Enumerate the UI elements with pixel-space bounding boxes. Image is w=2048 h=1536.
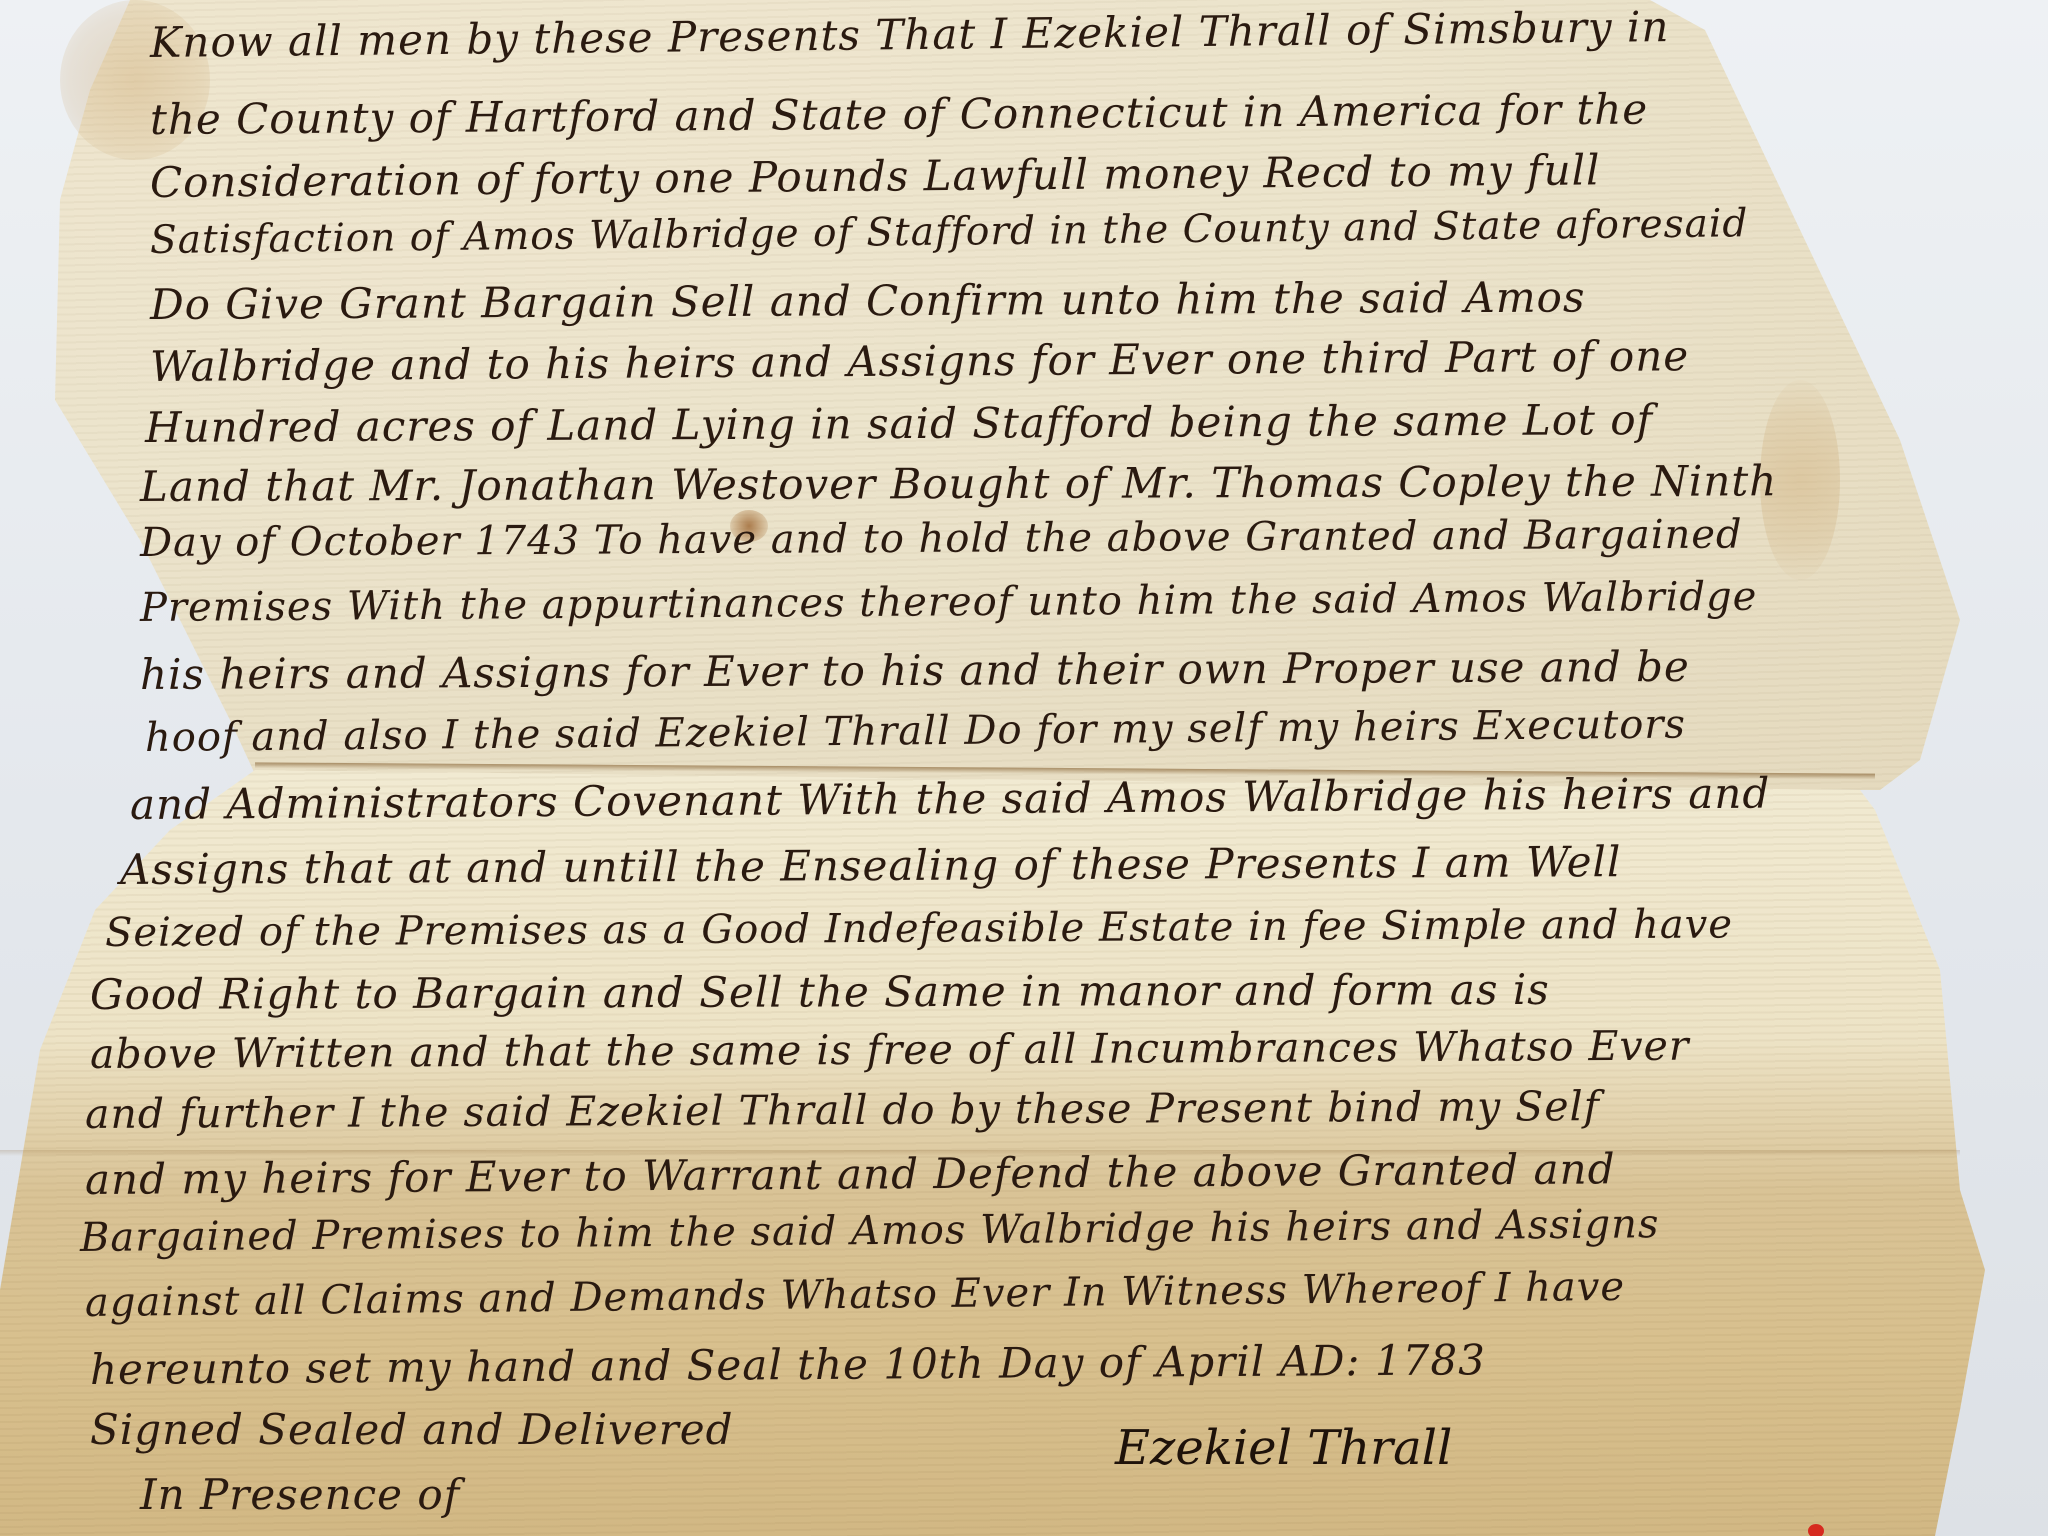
deed-line: Day of October 1743 To have and to hold …: [140, 512, 1743, 566]
deed-line: Good Right to Bargain and Sell the Same …: [90, 965, 1550, 1019]
deed-line: Signed Sealed and Delivered: [90, 1405, 734, 1454]
deed-line: the County of Hartford and State of Conn…: [150, 85, 1648, 144]
deed-line: Hundred acres of Land Lying in said Staf…: [145, 395, 1653, 452]
wax-seal-fragment: [1808, 1524, 1824, 1536]
deed-line: and further I the said Ezekiel Thrall do…: [85, 1082, 1600, 1138]
deed-line: his heirs and Assigns for Ever to his an…: [140, 642, 1690, 699]
witness-line: In Presence of: [140, 1470, 460, 1519]
deed-line: Seized of the Premises as a Good Indefea…: [105, 901, 1733, 956]
deed-line: Do Give Grant Bargain Sell and Confirm u…: [150, 272, 1586, 329]
deed-line: hereunto set my hand and Seal the 10th D…: [90, 1335, 1486, 1394]
deed-line: Land that Mr. Jonathan Westover Bought o…: [140, 456, 1777, 511]
signature: Ezekiel Thrall: [1115, 1420, 1452, 1476]
deed-line: above Written and that the same is free …: [90, 1022, 1690, 1078]
deed-line: Assigns that at and untill the Ensealing…: [120, 837, 1622, 894]
